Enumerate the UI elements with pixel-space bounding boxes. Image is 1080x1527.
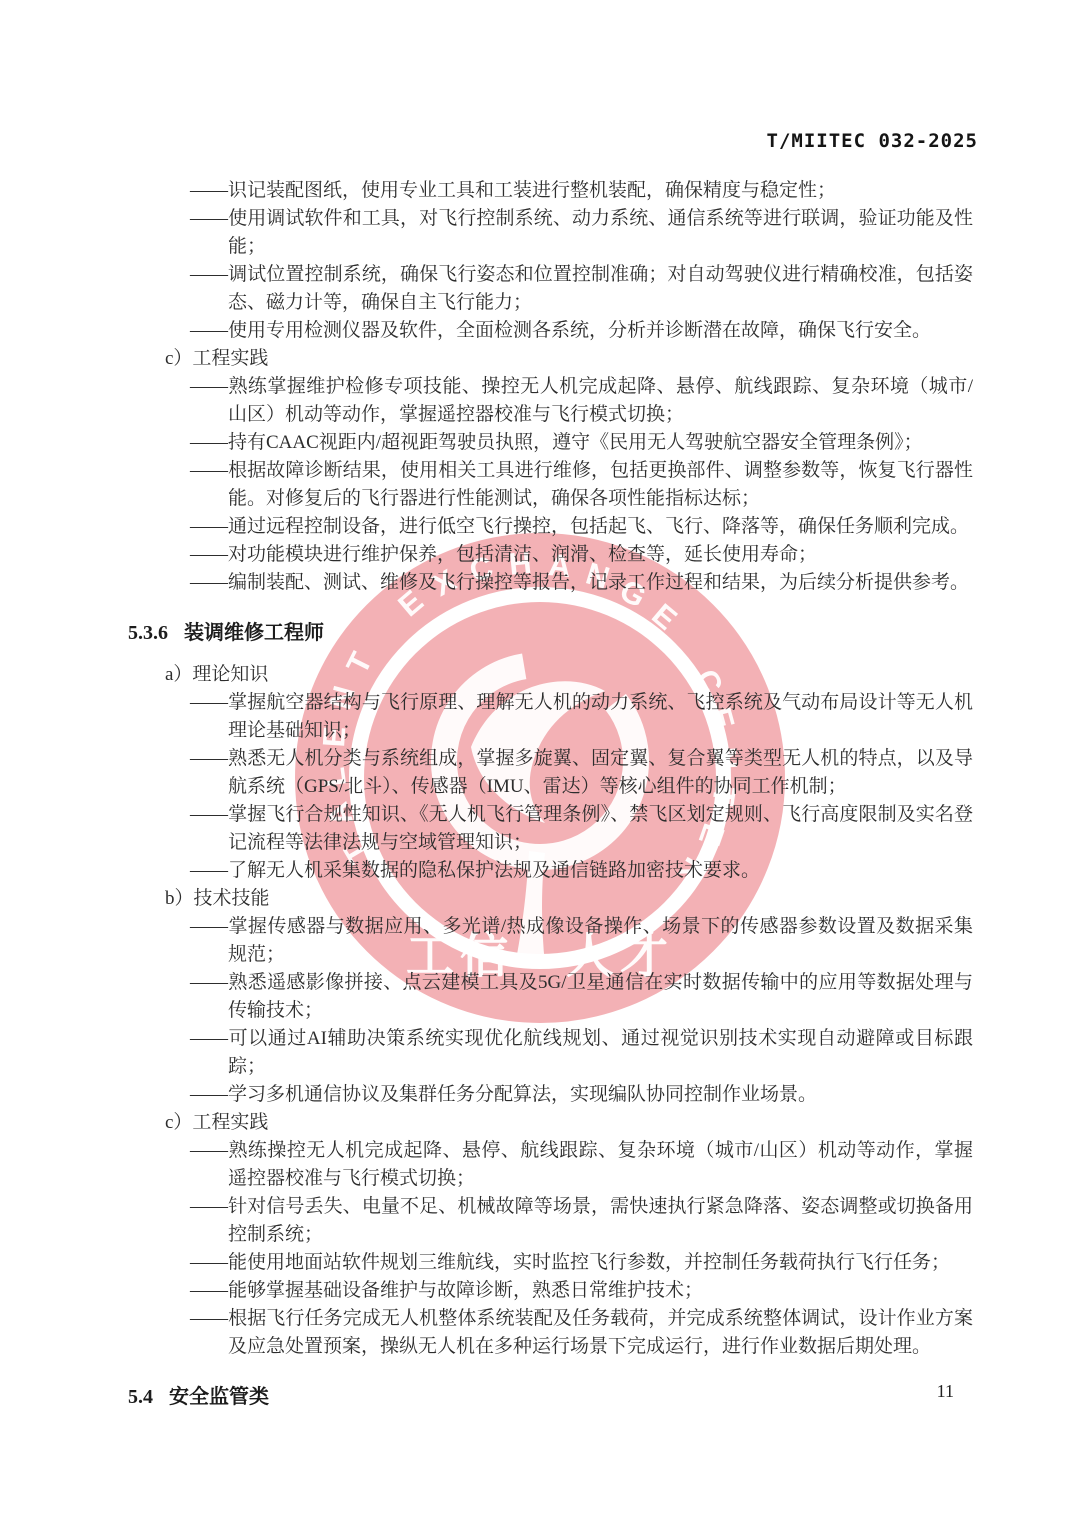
list-item-text: 掌握航空器结构与飞行原理、理解无人机的动力系统、飞控系统及气动布局设计等无人机理… (228, 692, 973, 741)
dash-prefix: —— (190, 1196, 228, 1217)
dash-prefix: —— (190, 516, 228, 537)
sub-section-label: c）工程实践 (128, 345, 973, 373)
list-item: ——熟悉遥感影像拼接、点云建模工具及5G/卫星通信在实时数据传输中的应用等数据处… (128, 969, 973, 1025)
section-number: 5.3.6 (128, 622, 168, 644)
list-item: ——识记装配图纸，使用专业工具和工装进行整机装配，确保精度与稳定性； (128, 177, 973, 205)
dash-prefix: —— (190, 376, 228, 397)
dash-prefix: —— (190, 1140, 228, 1161)
list-item-text: 能使用地面站软件规划三维航线，实时监控飞行参数，并控制任务载荷执行飞行任务； (228, 1252, 950, 1273)
list-item: ——熟练掌握维护检修专项技能、操控无人机完成起降、悬停、航线跟踪、复杂环境（城市… (128, 373, 973, 429)
list-item: ——掌握飞行合规性知识、《无人机飞行管理条例》、禁飞区划定规则、飞行高度限制及实… (128, 801, 973, 857)
list-item-text: 了解无人机采集数据的隐私保护法规及通信链路加密技术要求。 (228, 860, 760, 881)
list-item-text: 学习多机通信协议及集群任务分配算法，实现编队协同控制作业场景。 (228, 1084, 817, 1105)
list-item: ——针对信号丢失、电量不足、机械故障等场景，需快速执行紧急降落、姿态调整或切换备… (128, 1193, 973, 1249)
section-title: 装调维修工程师 (184, 622, 324, 644)
list-item: ——熟练操控无人机完成起降、悬停、航线跟踪、复杂环境（城市/山区）机动等动作，掌… (128, 1137, 973, 1193)
list-item: ——能够掌握基础设备维护与故障诊断，熟悉日常维护技术； (128, 1277, 973, 1305)
list-item-text: 持有CAAC视距内/超视距驾驶员执照，遵守《民用无人驾驶航空器安全管理条例》； (228, 432, 923, 453)
list-item: ——学习多机通信协议及集群任务分配算法，实现编队协同控制作业场景。 (128, 1081, 973, 1109)
list-item: ——能使用地面站软件规划三维航线，实时监控飞行参数，并控制任务载荷执行飞行任务； (128, 1249, 973, 1277)
dash-prefix: —— (190, 320, 228, 341)
list-item-text: 使用专用检测仪器及软件，全面检测各系统，分析并诊断潜在故障，确保飞行安全。 (228, 320, 931, 341)
list-item: ——调试位置控制系统，确保飞行姿态和位置控制准确；对自动驾驶仪进行精确校准，包括… (128, 261, 973, 317)
dash-prefix: —— (190, 1028, 228, 1049)
dash-prefix: —— (190, 180, 228, 201)
list-item-text: 编制装配、测试、维修及飞行操控等报告，记录工作过程和结果，为后续分析提供参考。 (228, 572, 969, 593)
list-item: ——掌握传感器与数据应用、多光谱/热成像设备操作、场景下的传感器参数设置及数据采… (128, 913, 973, 969)
dash-prefix: —— (190, 1280, 228, 1301)
dash-prefix: —— (190, 804, 228, 825)
list-item-text: 掌握飞行合规性知识、《无人机飞行管理条例》、禁飞区划定规则、飞行高度限制及实名登… (228, 804, 973, 853)
list-item-text: 对功能模块进行维护保养，包括清洁、润滑、检查等，延长使用寿命； (228, 544, 817, 565)
dash-prefix: —— (190, 264, 228, 285)
dash-prefix: —— (190, 432, 228, 453)
list-item-text: 根据故障诊断结果，使用相关工具进行维修，包括更换部件、调整参数等，恢复飞行器性能… (228, 460, 973, 509)
page-number: 11 (937, 1381, 954, 1402)
list-item-text: 熟悉无人机分类与系统组成，掌握多旋翼、固定翼、复合翼等类型无人机的特点，以及导航… (228, 748, 973, 797)
list-item-text: 熟练掌握维护检修专项技能、操控无人机完成起降、悬停、航线跟踪、复杂环境（城市/山… (228, 376, 973, 425)
section-title: 安全监管类 (169, 1386, 269, 1408)
list-item: ——掌握航空器结构与飞行原理、理解无人机的动力系统、飞控系统及气动布局设计等无人… (128, 689, 973, 745)
dash-prefix: —— (190, 1308, 228, 1329)
list-item-text: 通过远程控制设备，进行低空飞行操控，包括起飞、飞行、降落等，确保任务顺利完成。 (228, 516, 969, 537)
list-item: ——通过远程控制设备，进行低空飞行操控，包括起飞、飞行、降落等，确保任务顺利完成… (128, 513, 973, 541)
dash-prefix: —— (190, 460, 228, 481)
list-item-text: 使用调试软件和工具，对飞行控制系统、动力系统、通信系统等进行联调，验证功能及性能… (228, 208, 973, 257)
list-item: ——熟悉无人机分类与系统组成，掌握多旋翼、固定翼、复合翼等类型无人机的特点，以及… (128, 745, 973, 801)
list-item: ——对功能模块进行维护保养，包括清洁、润滑、检查等，延长使用寿命； (128, 541, 973, 569)
dash-prefix: —— (190, 916, 228, 937)
document-body: ——识记装配图纸，使用专业工具和工装进行整机装配，确保精度与稳定性；——使用调试… (128, 177, 973, 1425)
sub-section-label: b）技术技能 (128, 885, 973, 913)
section-heading: 5.3.6装调维修工程师 (128, 619, 973, 647)
sub-section-label: c）工程实践 (128, 1109, 973, 1137)
list-item-text: 调试位置控制系统，确保飞行姿态和位置控制准确；对自动驾驶仪进行精确校准，包括姿态… (228, 264, 973, 313)
dash-prefix: —— (190, 692, 228, 713)
dash-prefix: —— (190, 748, 228, 769)
list-item-text: 掌握传感器与数据应用、多光谱/热成像设备操作、场景下的传感器参数设置及数据采集规… (228, 916, 973, 965)
list-item-text: 熟悉遥感影像拼接、点云建模工具及5G/卫星通信在实时数据传输中的应用等数据处理与… (228, 972, 973, 1021)
dash-prefix: —— (190, 1252, 228, 1273)
dash-prefix: —— (190, 544, 228, 565)
list-item: ——使用专用检测仪器及软件，全面检测各系统，分析并诊断潜在故障，确保飞行安全。 (128, 317, 973, 345)
dash-prefix: —— (190, 860, 228, 881)
list-item-text: 熟练操控无人机完成起降、悬停、航线跟踪、复杂环境（城市/山区）机动等动作，掌握遥… (228, 1140, 973, 1189)
section-number: 5.4 (128, 1386, 153, 1408)
list-item-text: 识记装配图纸，使用专业工具和工装进行整机装配，确保精度与稳定性； (228, 180, 836, 201)
list-item: ——根据故障诊断结果，使用相关工具进行维修，包括更换部件、调整参数等，恢复飞行器… (128, 457, 973, 513)
list-item: ——持有CAAC视距内/超视距驾驶员执照，遵守《民用无人驾驶航空器安全管理条例》… (128, 429, 973, 457)
list-item: ——使用调试软件和工具，对飞行控制系统、动力系统、通信系统等进行联调，验证功能及… (128, 205, 973, 261)
list-item-text: 针对信号丢失、电量不足、机械故障等场景，需快速执行紧急降落、姿态调整或切换备用控… (228, 1196, 973, 1245)
list-item-text: 能够掌握基础设备维护与故障诊断，熟悉日常维护技术； (228, 1280, 703, 1301)
list-item: ——编制装配、测试、维修及飞行操控等报告，记录工作过程和结果，为后续分析提供参考… (128, 569, 973, 597)
dash-prefix: —— (190, 572, 228, 593)
dash-prefix: —— (190, 1084, 228, 1105)
sub-section-label: a）理论知识 (128, 661, 973, 689)
standard-code: T/MIITEC 032-2025 (767, 130, 978, 152)
list-item: ——根据飞行任务完成无人机整体系统装配及任务载荷，并完成系统整体调试，设计作业方… (128, 1305, 973, 1361)
document-page: 工信 人才 TALENT EXCHANGE CENTER T/MIITEC 03… (0, 0, 1080, 1527)
list-item: ——可以通过AI辅助决策系统实现优化航线规划、通过视觉识别技术实现自动避障或目标… (128, 1025, 973, 1081)
list-item-text: 可以通过AI辅助决策系统实现优化航线规划、通过视觉识别技术实现自动避障或目标跟踪… (228, 1028, 973, 1077)
dash-prefix: —— (190, 972, 228, 993)
list-item: ——了解无人机采集数据的隐私保护法规及通信链路加密技术要求。 (128, 857, 973, 885)
list-item-text: 根据飞行任务完成无人机整体系统装配及任务载荷，并完成系统整体调试，设计作业方案及… (228, 1308, 973, 1357)
section-heading: 5.4安全监管类 (128, 1383, 973, 1411)
dash-prefix: —— (190, 208, 228, 229)
